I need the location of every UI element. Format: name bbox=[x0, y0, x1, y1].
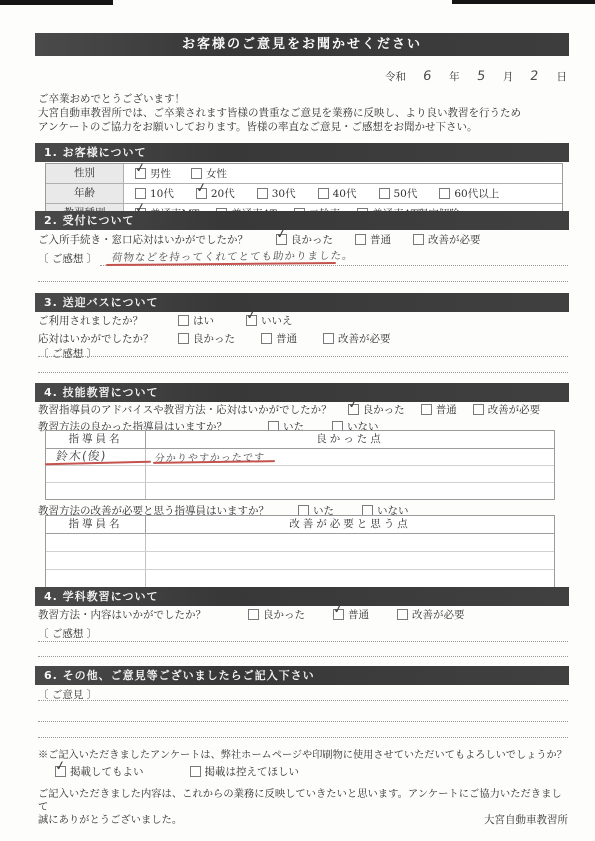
column-header-improve-point: 改善が必要と思う点 bbox=[146, 516, 554, 533]
checkbox-icon[interactable] bbox=[333, 609, 344, 620]
intro-line-3: アンケートのご協力をお願いしております。皆様の率直なご意見・ご感想をお聞かせ下さ… bbox=[38, 120, 568, 134]
checkbox-icon[interactable] bbox=[348, 404, 359, 415]
table-row[interactable] bbox=[46, 449, 554, 466]
checkbox-icon[interactable] bbox=[178, 315, 189, 326]
comment-writing-line[interactable] bbox=[38, 656, 568, 657]
comment-writing-line[interactable] bbox=[38, 641, 568, 642]
checkbox-icon[interactable] bbox=[257, 188, 268, 199]
lecture-question: 教習方法・内容はいかがでしたか？ bbox=[38, 607, 220, 622]
section6-header: 6. その他、ご意見等ございましたらご記入下さい bbox=[35, 666, 569, 685]
checkbox-bus-no[interactable]: いいえ bbox=[246, 313, 293, 328]
skill-q1: 教習指導員のアドバイスや教習方法・応対はいかがでしたか？ bbox=[38, 402, 332, 417]
checkbox-label: 60代以上 bbox=[454, 186, 499, 201]
signature: 大宮自動車教習所 bbox=[38, 814, 568, 827]
checkbox-female[interactable]: 女性 bbox=[191, 166, 227, 181]
checkbox-label: はい bbox=[193, 313, 214, 328]
date-month-suffix: 月 bbox=[503, 69, 514, 84]
table-header-row: 指導員名 良かった点 bbox=[46, 431, 554, 449]
checkbox-label: 30代 bbox=[272, 186, 296, 201]
checkbox-age-20s[interactable]: 20代 bbox=[196, 186, 235, 201]
page-title: お客様のご意見をお聞かせください bbox=[35, 33, 569, 56]
checkbox-skill-improve[interactable]: 改善が必要 bbox=[473, 402, 541, 417]
checkbox-label: 良かった bbox=[291, 232, 333, 247]
comment-writing-line[interactable] bbox=[38, 281, 568, 282]
checkbox-bus-good[interactable]: 良かった bbox=[178, 331, 235, 346]
checkbox-icon[interactable] bbox=[178, 333, 189, 344]
skill-q1-row: 教習指導員のアドバイスや教習方法・応対はいかがでしたか？ 良かった 普通 改善が… bbox=[38, 401, 568, 417]
section1-header: 1. お客様について bbox=[35, 143, 569, 162]
lecture-comment-row: 〔 ご感想 〕 bbox=[38, 625, 568, 641]
checkbox-age-10s[interactable]: 10代 bbox=[135, 186, 174, 201]
checkbox-label: 良かった bbox=[263, 607, 305, 622]
checkbox-age-30s[interactable]: 30代 bbox=[257, 186, 296, 201]
publish-options-row: 掲載してもよい 掲載は控えてほしい bbox=[55, 763, 585, 779]
checkbox-icon[interactable] bbox=[298, 505, 309, 516]
checkbox-icon[interactable] bbox=[362, 505, 373, 516]
checkbox-icon[interactable] bbox=[248, 609, 259, 620]
checkbox-bus-normal[interactable]: 普通 bbox=[261, 331, 297, 346]
questionnaire-page: お客様のご意見をお聞かせください 令和 6 年 5 月 2 日 ご卒業おめでとう… bbox=[0, 0, 595, 841]
section3-header: 3. 送迎バスについて bbox=[35, 293, 569, 312]
comment-label: 〔 ご感想 〕 bbox=[38, 346, 97, 361]
table-row[interactable] bbox=[46, 483, 554, 499]
date-day-suffix: 日 bbox=[556, 69, 567, 84]
lecture-question-row: 教習方法・内容はいかがでしたか？ 良かった 普通 改善が必要 bbox=[38, 606, 568, 622]
date-line: 令和 6 年 5 月 2 日 bbox=[385, 68, 567, 84]
column-header-good-point: 良かった点 bbox=[146, 431, 554, 448]
comment-label: 〔 ご感想 〕 bbox=[38, 626, 97, 641]
checkbox-label: 掲載は控えてほしい bbox=[205, 764, 300, 779]
checkbox-icon[interactable] bbox=[318, 188, 329, 199]
checkbox-reception-good[interactable]: 良かった bbox=[276, 232, 333, 247]
checkbox-icon[interactable] bbox=[196, 188, 207, 199]
checkbox-lecture-normal[interactable]: 普通 bbox=[333, 607, 369, 622]
checkbox-label: 10代 bbox=[150, 186, 174, 201]
column-header-instructor: 指導員名 bbox=[46, 431, 146, 448]
checkbox-label: 掲載してもよい bbox=[70, 764, 144, 779]
checkbox-label: 改善が必要 bbox=[412, 607, 465, 622]
section2-header: 2. 受付について bbox=[35, 211, 569, 230]
section5-header: 4. 学科教習について bbox=[35, 587, 569, 606]
date-era-label: 令和 bbox=[385, 69, 406, 84]
checkbox-icon[interactable] bbox=[135, 168, 146, 179]
checkbox-lecture-improve[interactable]: 改善が必要 bbox=[397, 607, 465, 622]
checkbox-label: 改善が必要 bbox=[428, 232, 481, 247]
checkbox-skill-normal[interactable]: 普通 bbox=[421, 402, 457, 417]
checkbox-icon[interactable] bbox=[473, 404, 484, 415]
table-row-age: 年齢 10代 20代 30代 40代 bbox=[46, 184, 562, 204]
date-month-value: 5 bbox=[476, 68, 487, 83]
section4-header: 4. 技能教習について bbox=[35, 383, 569, 402]
comment-writing-line[interactable] bbox=[38, 737, 568, 738]
bus-service-question: 応対はいかがでしたか？ bbox=[38, 331, 152, 346]
table-row-gender: 性別 男性 女性 bbox=[46, 164, 562, 184]
checkbox-lecture-good[interactable]: 良かった bbox=[248, 607, 305, 622]
checkbox-icon[interactable] bbox=[379, 188, 390, 199]
comment-writing-line[interactable] bbox=[38, 356, 568, 357]
date-day-value: 2 bbox=[529, 68, 540, 83]
checkbox-publish-ok[interactable]: 掲載してもよい bbox=[55, 764, 144, 779]
closing-line-1: ご記入いただきました内容は、これからの業務に反映していきたいと思います。アンケー… bbox=[38, 788, 568, 814]
checkbox-icon[interactable] bbox=[276, 234, 287, 245]
checkbox-label: いいえ bbox=[261, 313, 293, 328]
date-year-value: 6 bbox=[422, 68, 433, 83]
checkbox-male[interactable]: 男性 bbox=[135, 166, 171, 181]
checkbox-icon[interactable] bbox=[261, 333, 272, 344]
checkbox-icon[interactable] bbox=[55, 766, 66, 777]
table-row[interactable] bbox=[46, 570, 554, 587]
row-label-age: 年齢 bbox=[46, 184, 124, 203]
intro-line-1: ご卒業おめでとうございます！ bbox=[38, 92, 568, 106]
column-header-instructor: 指導員名 bbox=[46, 516, 146, 533]
checkbox-bus-yes[interactable]: はい bbox=[178, 313, 214, 328]
bus-used-question: ご利用されましたか？ bbox=[38, 313, 146, 328]
comment-writing-line[interactable] bbox=[38, 700, 568, 701]
good-instructor-table: 指導員名 良かった点 bbox=[45, 430, 555, 500]
checkbox-icon[interactable] bbox=[355, 234, 366, 245]
checkbox-skill-good[interactable]: 良かった bbox=[348, 402, 405, 417]
checkbox-reception-improve[interactable]: 改善が必要 bbox=[413, 232, 481, 247]
checkbox-label: 男性 bbox=[150, 166, 171, 181]
table-row[interactable] bbox=[46, 534, 554, 552]
checkbox-icon[interactable] bbox=[246, 315, 257, 326]
checkbox-label: 改善が必要 bbox=[488, 402, 541, 417]
checkbox-age-60s[interactable]: 60代以上 bbox=[439, 186, 499, 201]
intro-line-2: 大宮自動車教習所では、ご卒業されます皆様の貴重なご意見を業務に反映し、より良い教… bbox=[38, 106, 568, 120]
checkbox-icon[interactable] bbox=[190, 766, 201, 777]
bus-comment-row: 〔 ご感想 〕 bbox=[38, 345, 568, 361]
checkbox-publish-no[interactable]: 掲載は控えてほしい bbox=[190, 764, 300, 779]
checkbox-label: 普通 bbox=[276, 331, 297, 346]
scan-artifact-right bbox=[452, 0, 595, 4]
checkbox-bus-improve[interactable]: 改善が必要 bbox=[323, 331, 391, 346]
bus-used-row: ご利用されましたか？ はい いいえ bbox=[38, 312, 568, 328]
table-row[interactable] bbox=[46, 552, 554, 570]
reception-question: ご入所手続き・窓口応対はいかがでしたか？ bbox=[38, 232, 248, 247]
checkbox-icon[interactable] bbox=[135, 188, 146, 199]
checkbox-label: 普通 bbox=[436, 402, 457, 417]
checkbox-label: 40代 bbox=[333, 186, 357, 201]
comment-label: 〔 ご感想 〕 bbox=[38, 251, 97, 266]
checkbox-label: 20代 bbox=[211, 186, 235, 201]
reception-question-row: ご入所手続き・窓口応対はいかがでしたか？ 良かった 普通 改善が必要 bbox=[38, 231, 568, 247]
checkbox-age-40s[interactable]: 40代 bbox=[318, 186, 357, 201]
table-header-row: 指導員名 改善が必要と思う点 bbox=[46, 516, 554, 534]
row-label-gender: 性別 bbox=[46, 164, 124, 183]
checkbox-icon[interactable] bbox=[413, 234, 424, 245]
checkbox-label: 50代 bbox=[394, 186, 418, 201]
date-year-suffix: 年 bbox=[449, 69, 460, 84]
improve-instructor-table: 指導員名 改善が必要と思う点 bbox=[45, 515, 555, 588]
checkbox-label: 良かった bbox=[363, 402, 405, 417]
bus-service-row: 応対はいかがでしたか？ 良かった 普通 改善が必要 bbox=[38, 330, 568, 346]
checkbox-age-50s[interactable]: 50代 bbox=[379, 186, 418, 201]
checkbox-icon[interactable] bbox=[323, 333, 334, 344]
checkbox-icon[interactable] bbox=[439, 188, 450, 199]
checkbox-reception-normal[interactable]: 普通 bbox=[355, 232, 391, 247]
intro-paragraph: ご卒業おめでとうございます！ 大宮自動車教習所では、ご卒業されます皆様の貴重なご… bbox=[38, 92, 568, 135]
checkbox-icon[interactable] bbox=[397, 609, 408, 620]
scan-artifact-left bbox=[0, 0, 113, 5]
checkbox-label: 改善が必要 bbox=[338, 331, 391, 346]
checkbox-label: 普通 bbox=[370, 232, 391, 247]
checkbox-label: 普通 bbox=[348, 607, 369, 622]
checkbox-label: 良かった bbox=[193, 331, 235, 346]
publish-question: ※ご記入いただきましたアンケートは、弊社ホームページや印刷物に使用させていただい… bbox=[38, 749, 568, 762]
checkbox-icon[interactable] bbox=[421, 404, 432, 415]
checkbox-label: 女性 bbox=[206, 166, 227, 181]
checkbox-icon[interactable] bbox=[191, 168, 202, 179]
table-row[interactable] bbox=[46, 466, 554, 483]
comment-writing-line[interactable] bbox=[38, 721, 568, 722]
comment-writing-line[interactable] bbox=[38, 372, 568, 373]
